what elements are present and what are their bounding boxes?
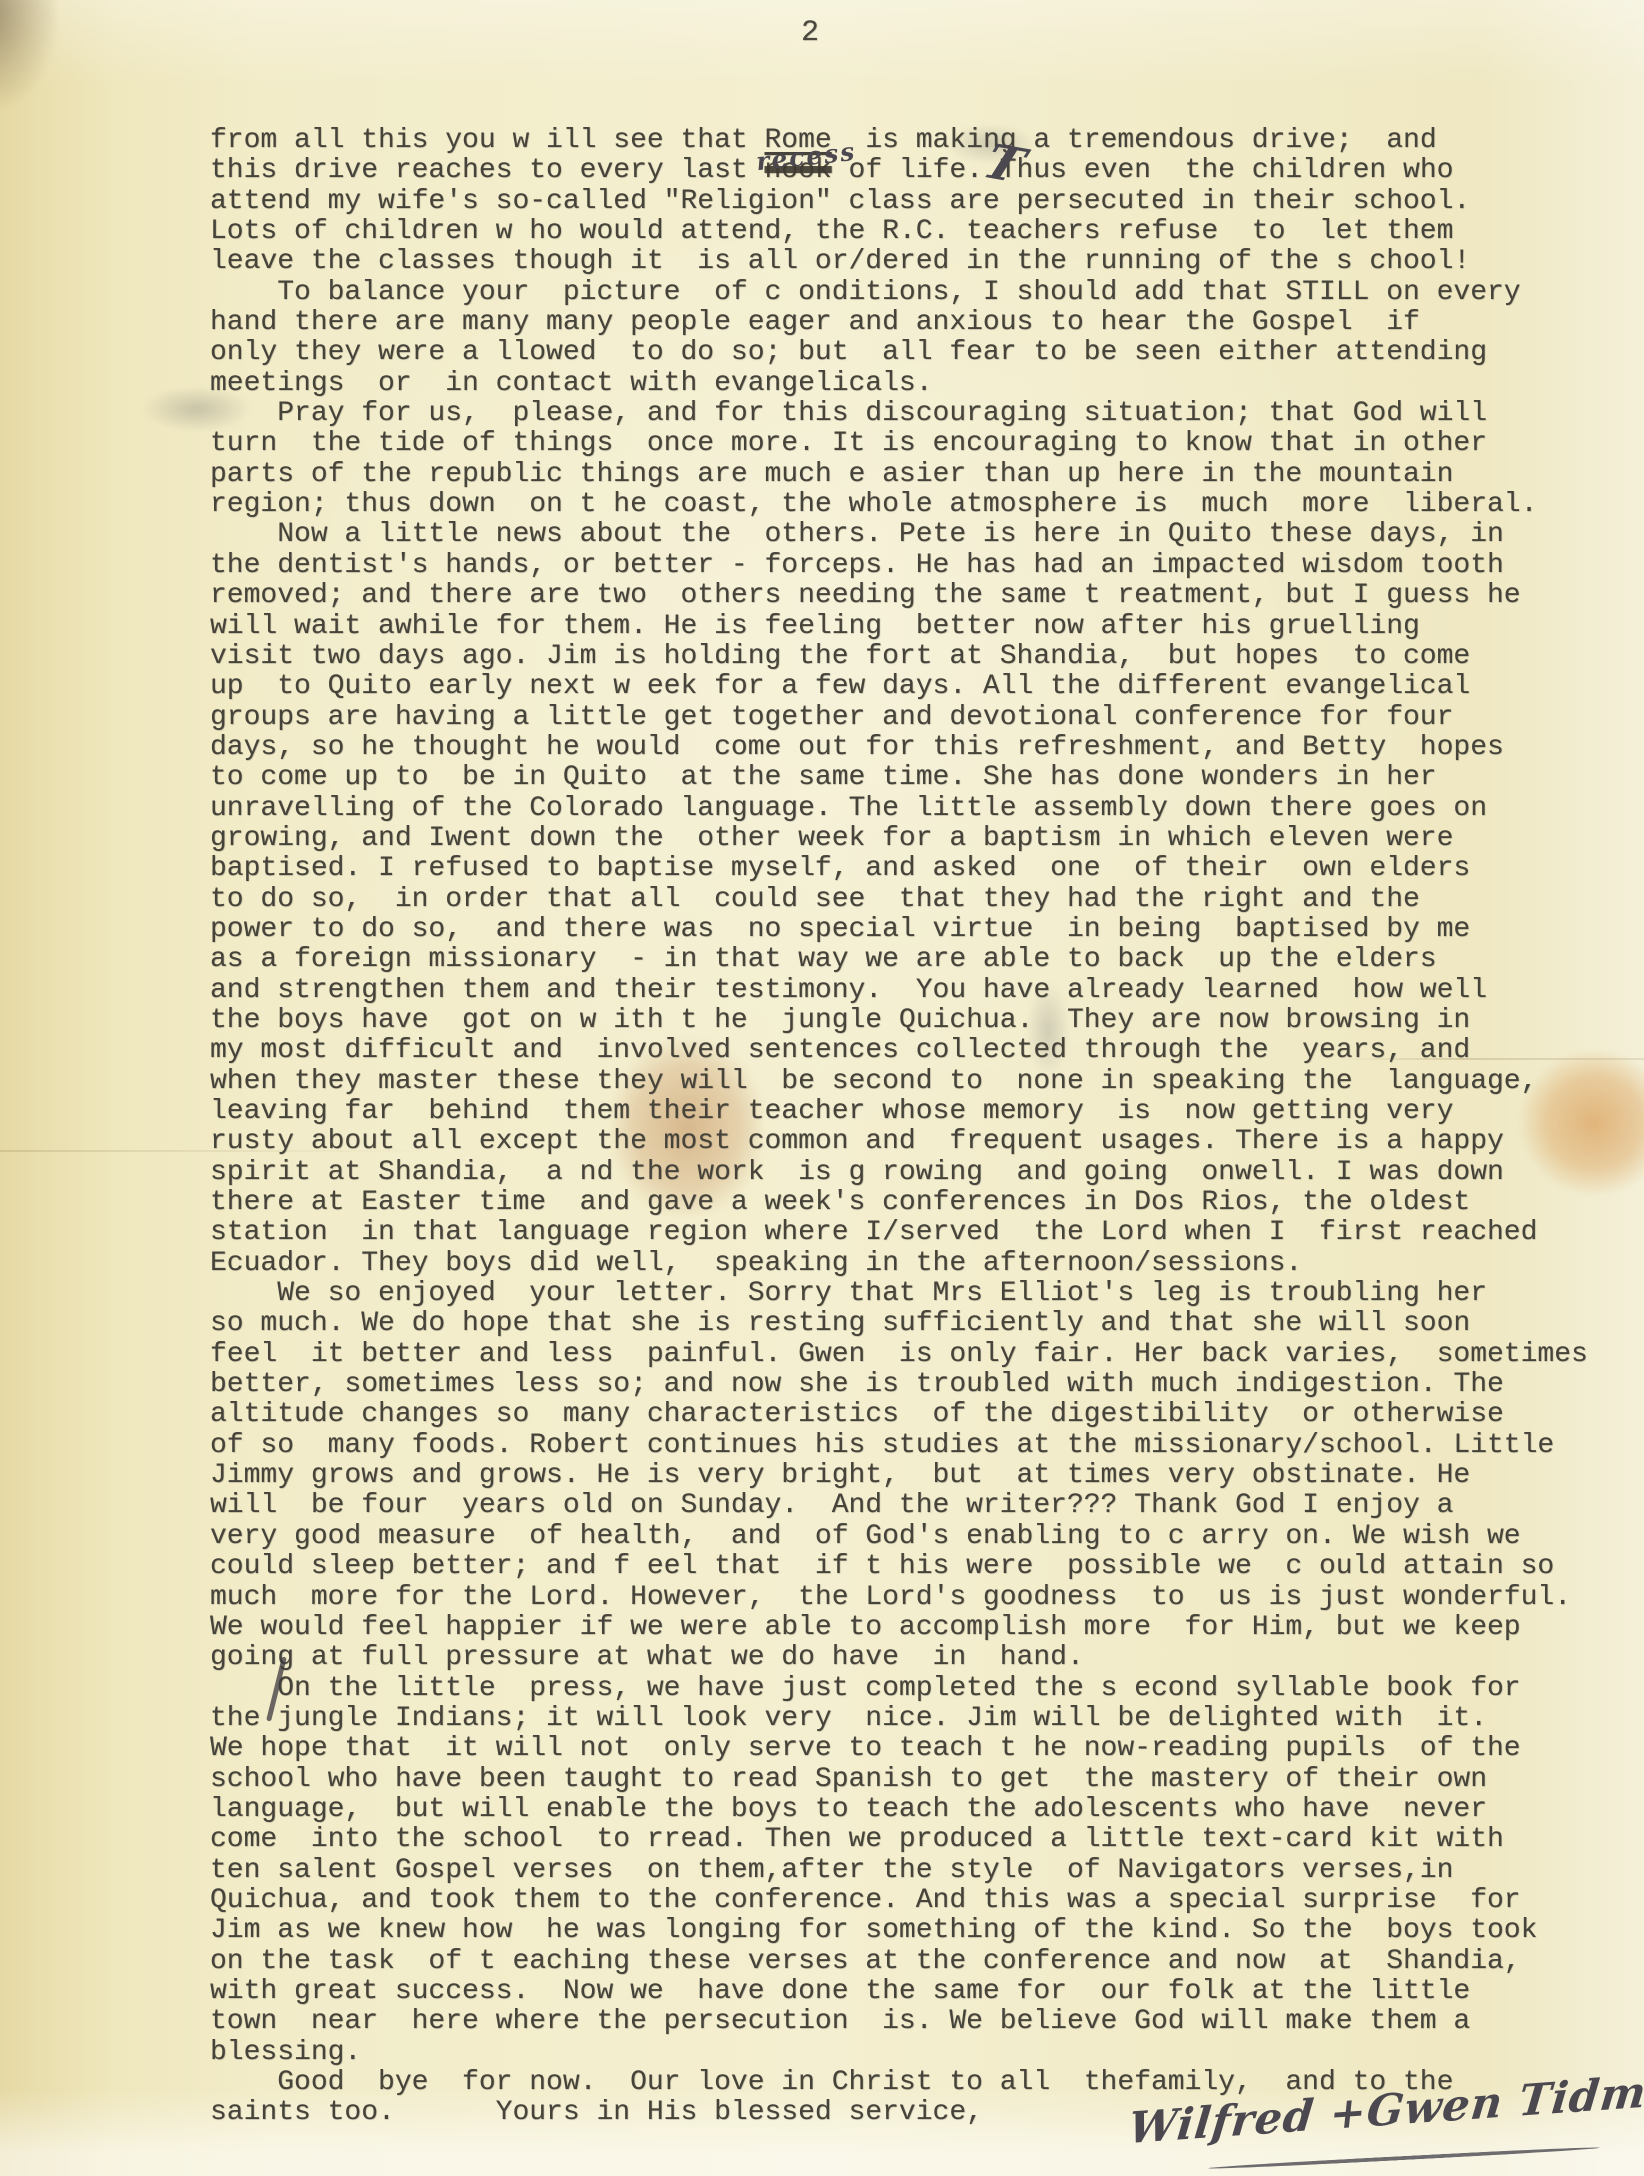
text-line: leave the classes though it is all or/de…	[210, 247, 1630, 277]
text-line: very good measure of health, and of God'…	[210, 1522, 1630, 1552]
text-line: We hope that it will not only serve to t…	[210, 1734, 1630, 1764]
text-line: leaving far behind them their teacher wh…	[210, 1097, 1630, 1127]
text-line: much more for the Lord. However, the Lor…	[210, 1583, 1630, 1613]
text-line: baptised. I refused to baptise myself, a…	[210, 854, 1630, 884]
text-line: going at full pressure at what we do hav…	[210, 1643, 1630, 1673]
text-line: the boys have got on w ith t he jungle Q…	[210, 1006, 1630, 1036]
text-line: of so many foods. Robert continues his s…	[210, 1431, 1630, 1461]
text-line: days, so he thought he would come out fo…	[210, 733, 1630, 763]
text-line: to do so, in order that all could see th…	[210, 885, 1630, 915]
text-line: To balance your picture of c onditions, …	[210, 278, 1630, 308]
text-line: We would feel happier if we were able to…	[210, 1613, 1630, 1643]
text-line: could sleep better; and f eel that if t …	[210, 1552, 1630, 1582]
text-line: will wait awhile for them. He is feeling…	[210, 612, 1630, 642]
text-line: and strengthen them and their testimony.…	[210, 976, 1630, 1006]
text-line: parts of the republic things are much e …	[210, 460, 1630, 490]
text-line: Lots of children w ho would attend, the …	[210, 217, 1630, 247]
text-line: visit two days ago. Jim is holding the f…	[210, 642, 1630, 672]
text-line: come into the school to rread. Then we p…	[210, 1825, 1630, 1855]
text-line: town near here where the persecution is.…	[210, 2007, 1630, 2037]
text-line: rusty about all except the most common a…	[210, 1127, 1630, 1157]
text-line: Now a little news about the others. Pete…	[210, 520, 1630, 550]
text-line: to come up to be in Quito at the same ti…	[210, 763, 1630, 793]
text-line: removed; and there are two others needin…	[210, 581, 1630, 611]
text-line: only they were a llowed to do so; but al…	[210, 338, 1630, 368]
text-line: Jim as we knew how he was longing for so…	[210, 1916, 1630, 1946]
text-line: up to Quito early next w eek for a few d…	[210, 672, 1630, 702]
text-line: altitude changes so many characteristics…	[210, 1400, 1630, 1430]
text-line: We so enjoyed your letter. Sorry that Mr…	[210, 1279, 1630, 1309]
text-line: there at Easter time and gave a week's c…	[210, 1188, 1630, 1218]
text-line: ten salent Gospel verses on them,after t…	[210, 1856, 1630, 1886]
text-line: blessing.	[210, 2038, 1630, 2068]
text-line: this drive reaches to every last nook of…	[210, 156, 1630, 186]
text-line: when they master these they will be seco…	[210, 1067, 1630, 1097]
text-line: spirit at Shandia, a nd the work is g ro…	[210, 1158, 1630, 1188]
text-line: unravelling of the Colorado language. Th…	[210, 794, 1630, 824]
text-line: turn the tide of things once more. It is…	[210, 429, 1630, 459]
text-line: On the little press, we have just comple…	[210, 1674, 1630, 1704]
letter-page: 2 from all this you w ill see that Rome …	[0, 0, 1644, 2176]
text-line: hand there are many many people eager an…	[210, 308, 1630, 338]
page-corner-shadow	[0, 0, 56, 108]
page-number: 2	[750, 16, 870, 50]
text-line: as a foreign missionary - in that way we…	[210, 945, 1630, 975]
text-line: so much. We do hope that she is resting …	[210, 1309, 1630, 1339]
text-line: growing, and Iwent down the other week f…	[210, 824, 1630, 854]
text-line: school who have been taught to read Span…	[210, 1765, 1630, 1795]
text-line: Jimmy grows and grows. He is very bright…	[210, 1461, 1630, 1491]
text-line: station in that language region where I/…	[210, 1218, 1630, 1248]
text-line: Quichua, and took them to the conference…	[210, 1886, 1630, 1916]
letter-body: from all this you w ill see that Rome is…	[210, 126, 1630, 2129]
text-line: the dentist's hands, or better - forceps…	[210, 551, 1630, 581]
text-line: power to do so, and there was no special…	[210, 915, 1630, 945]
text-line: the jungle Indians; it will look very ni…	[210, 1704, 1630, 1734]
text-line: language, but will enable the boys to te…	[210, 1795, 1630, 1825]
text-line: my most difficult and involved sentences…	[210, 1036, 1630, 1066]
text-line: meetings or in contact with evangelicals…	[210, 369, 1630, 399]
text-line: feel it better and less painful. Gwen is…	[210, 1340, 1630, 1370]
text-line: attend my wife's so-called "Religion" cl…	[210, 187, 1630, 217]
text-line: from all this you w ill see that Rome is…	[210, 126, 1630, 156]
text-line: better, sometimes less so; and now she i…	[210, 1370, 1630, 1400]
text-line: with great success. Now we have done the…	[210, 1977, 1630, 2007]
text-line: groups are having a little get together …	[210, 703, 1630, 733]
text-line: Pray for us, please, and for this discou…	[210, 399, 1630, 429]
signature-underline	[1208, 2146, 1600, 2171]
text-line: will be four years old on Sunday. And th…	[210, 1491, 1630, 1521]
text-line: region; thus down on t he coast, the who…	[210, 490, 1630, 520]
text-line: Ecuador. They boys did well, speaking in…	[210, 1249, 1630, 1279]
text-line: on the task of t eaching these verses at…	[210, 1947, 1630, 1977]
